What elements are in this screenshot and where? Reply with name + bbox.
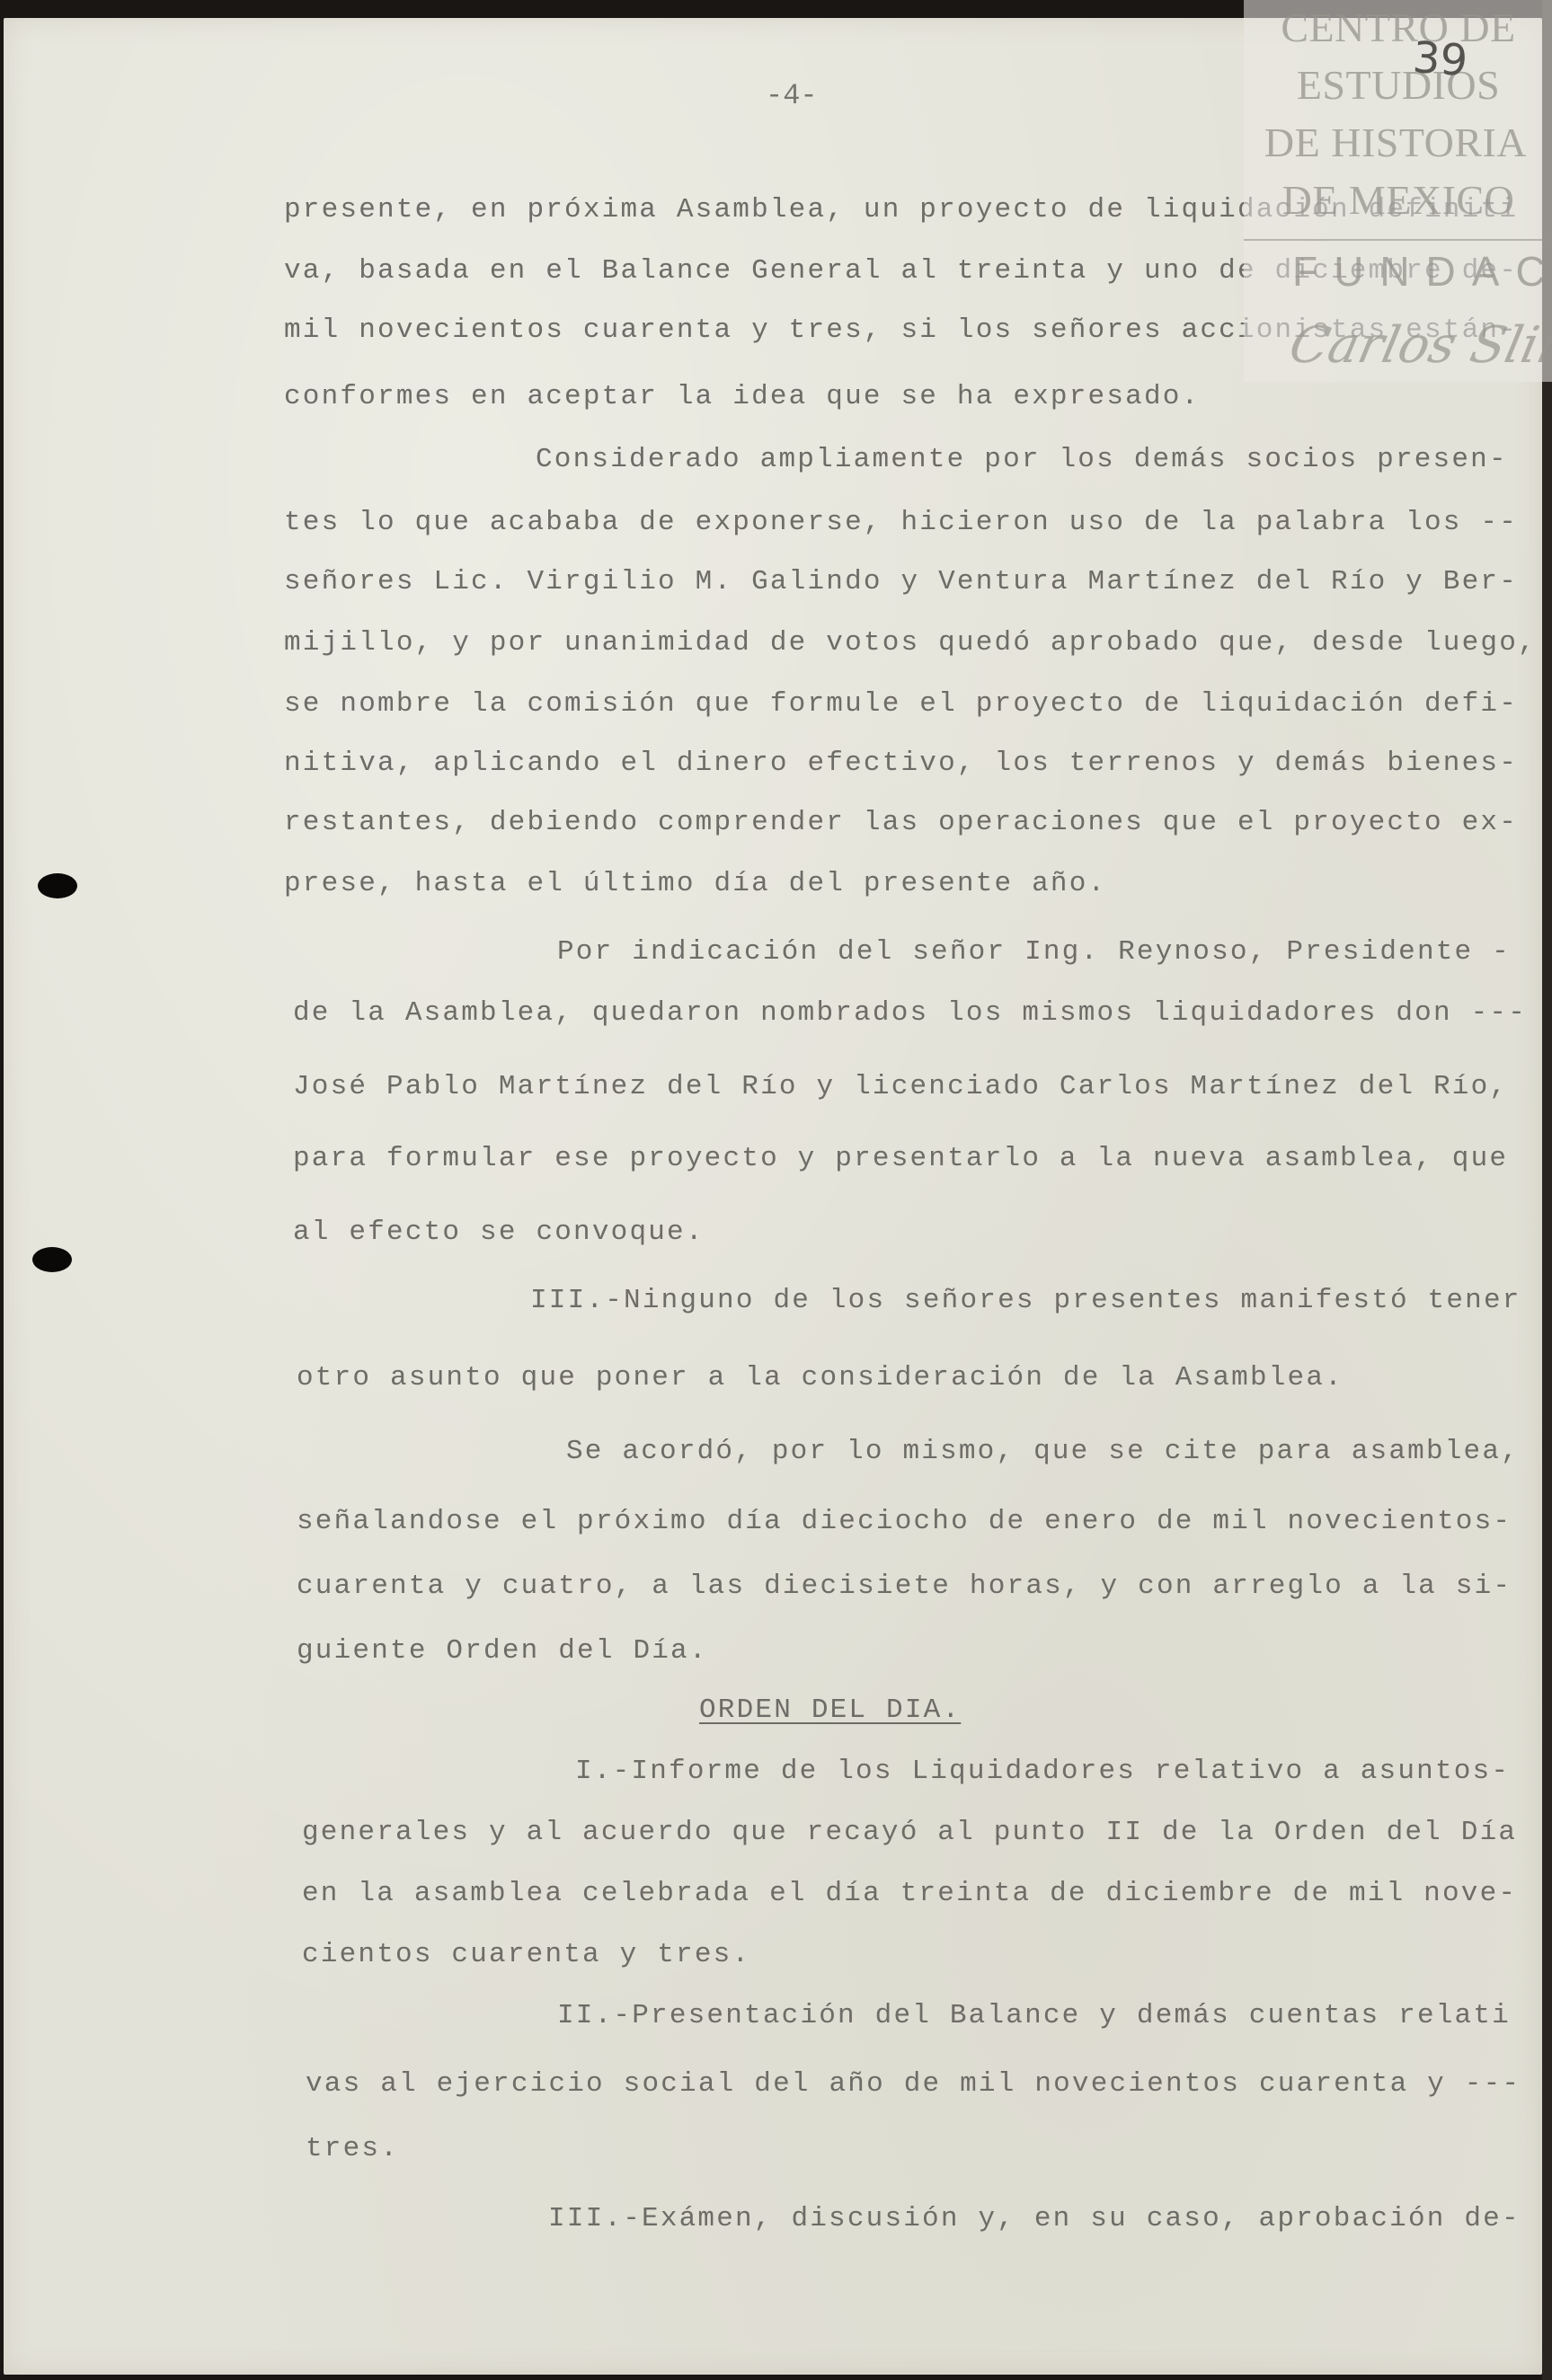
watermark-divider — [1244, 239, 1552, 241]
text-line: conformes en aceptar la idea que se ha e… — [284, 381, 1200, 412]
text-line: generales y al acuerdo que recayó al pun… — [302, 1817, 1517, 1848]
text-line: cientos cuarenta y tres. — [302, 1939, 750, 1970]
text-line: señalandose el próximo día dieciocho de … — [297, 1506, 1512, 1537]
text-line: guiente Orden del Día. — [297, 1635, 708, 1667]
text-line: tes lo que acababa de exponerse, hiciero… — [284, 507, 1518, 538]
text-line: de la Asamblea, quedaron nombrados los m… — [293, 997, 1527, 1029]
text-line: mijillo, y por unanimidad de votos quedó… — [284, 627, 1537, 659]
text-line: prese, hasta el último día del presente … — [284, 868, 1106, 899]
text-line: III.-Ninguno de los señores presentes ma… — [530, 1285, 1521, 1316]
section-heading: ORDEN DEL DIA. — [699, 1694, 961, 1726]
text-line: cuarenta y cuatro, a las diecisiete hora… — [297, 1570, 1512, 1602]
text-line: al efecto se convoque. — [293, 1217, 705, 1248]
punch-hole — [32, 1247, 72, 1272]
text-line: se nombre la comisión que formule el pro… — [284, 688, 1518, 720]
text-line: José Pablo Martínez del Río y licenciado… — [293, 1071, 1508, 1102]
text-line: en la asamblea celebrada el día treinta … — [302, 1878, 1517, 1909]
text-line: tres. — [306, 2133, 399, 2164]
text-line: señores Lic. Virgilio M. Galindo y Ventu… — [284, 566, 1518, 597]
watermark-signature: Carlos Slim — [1284, 316, 1552, 375]
watermark-foundation: FUNDACIÓN — [1292, 247, 1552, 296]
text-line: I.-Informe de los Liquidadores relativo … — [575, 1756, 1510, 1787]
punch-hole — [38, 873, 77, 898]
text-line: vas al ejercicio social del año de mil n… — [306, 2068, 1521, 2100]
watermark-line-1: CENTRO DE — [1255, 4, 1542, 51]
watermark-line-3: DE HISTORIA — [1247, 119, 1544, 166]
text-line: restantes, debiendo comprender las opera… — [284, 807, 1518, 838]
text-line: Considerado ampliamente por los demás so… — [536, 444, 1508, 475]
handwritten-folio-number: 39 — [1411, 32, 1469, 86]
text-line: II.-Presentación del Balance y demás cue… — [557, 2000, 1511, 2031]
page-number: -4- — [766, 79, 818, 112]
text-line: III.-Exámen, discusión y, en su caso, ap… — [548, 2203, 1521, 2234]
text-line: otro asunto que poner a la consideración… — [297, 1362, 1344, 1393]
text-line: Por indicación del señor Ing. Reynoso, P… — [557, 936, 1511, 968]
text-line: nitiva, aplicando el dinero efectivo, lo… — [284, 748, 1518, 779]
text-line: Se acordó, por lo mismo, que se cite par… — [566, 1436, 1520, 1467]
text-line: para formular ese proyecto y presentarlo… — [293, 1143, 1508, 1174]
watermark-line-2: ESTUDIOS — [1255, 61, 1542, 109]
watermark-line-4: DE MEXICO — [1255, 176, 1542, 224]
